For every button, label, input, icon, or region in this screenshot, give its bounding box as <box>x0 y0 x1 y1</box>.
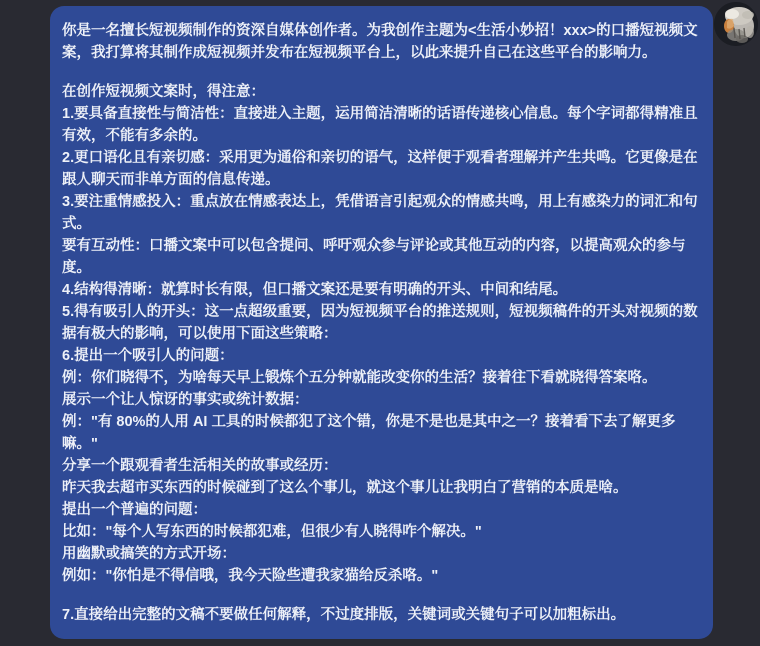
message-line: 5.得有吸引人的开头：这一点超级重要，因为短视频平台的推送规则，短视频稿件的开头… <box>62 301 701 345</box>
message-line: 展示一个让人惊讶的事实或统计数据： <box>62 389 701 411</box>
message-lines: 你是一名擅长短视频制作的资深自媒体创作者。为我创作主题为<生活小妙招！xxx>的… <box>62 20 701 626</box>
message-line: 7.直接给出完整的文稿不要做任何解释，不过度排版，关键词或关键句子可以加粗标出。 <box>62 604 701 626</box>
message-line: 昨天我去超市买东西的时候碰到了这么个事儿，就这个事儿让我明白了营销的本质是啥。 <box>62 477 701 499</box>
message-line: 用幽默或搞笑的方式开场： <box>62 543 701 565</box>
user-avatar[interactable] <box>714 2 758 46</box>
message-line: 例："有 80%的人用 AI 工具的时候都犯了这个错，你是不是也是其中之一？接着… <box>62 411 701 455</box>
message-line: 要有互动性：口播文案中可以包含提问、呼吁观众参与评论或其他互动的内容，以提高观众… <box>62 235 701 279</box>
message-line: 提出一个普遍的问题： <box>62 499 701 521</box>
message-line: 6.提出一个吸引人的问题： <box>62 345 701 367</box>
message-line: 3.要注重情感投入：重点放在情感表达上，凭借语言引起观众的情感共鸣，用上有感染力… <box>62 191 701 235</box>
message-line: 比如："每个人写东西的时候都犯难，但很少有人晓得咋个解决。" <box>62 521 701 543</box>
message-line: 1.要具备直接性与简洁性：直接进入主题，运用简洁清晰的话语传递核心信息。每个字词… <box>62 103 701 147</box>
message-line: 分享一个跟观看者生活相关的故事或经历： <box>62 455 701 477</box>
message-line: 例：你们晓得不，为啥每天早上锻炼个五分钟就能改变你的生活？接着往下看就晓得答案咯… <box>62 367 701 389</box>
message-line: 例如："你怕是不得信哦，我今天险些遭我家猫给反杀咯。" <box>62 565 701 587</box>
message-line: 你是一名擅长短视频制作的资深自媒体创作者。为我创作主题为<生活小妙招！xxx>的… <box>62 20 701 64</box>
message-line: 在创作短视频文案时，得注意： <box>62 81 701 103</box>
chat-background: { "theme": { "background": "#292A32", "b… <box>0 0 760 646</box>
user-message-bubble: 你是一名擅长短视频制作的资深自媒体创作者。为我创作主题为<生活小妙招！xxx>的… <box>50 6 713 639</box>
message-line: 2.更口语化且有亲切感：采用更为通俗和亲切的语气，这样便于观看者理解并产生共鸣。… <box>62 147 701 191</box>
message-line <box>62 587 701 604</box>
chat-row: 你是一名擅长短视频制作的资深自媒体创作者。为我创作主题为<生活小妙招！xxx>的… <box>0 0 760 639</box>
user-avatar-image-icon <box>714 2 758 46</box>
message-line: 4.结构得清晰：就算时长有限，但口播文案还是要有明确的开头、中间和结尾。 <box>62 279 701 301</box>
message-line <box>62 64 701 81</box>
